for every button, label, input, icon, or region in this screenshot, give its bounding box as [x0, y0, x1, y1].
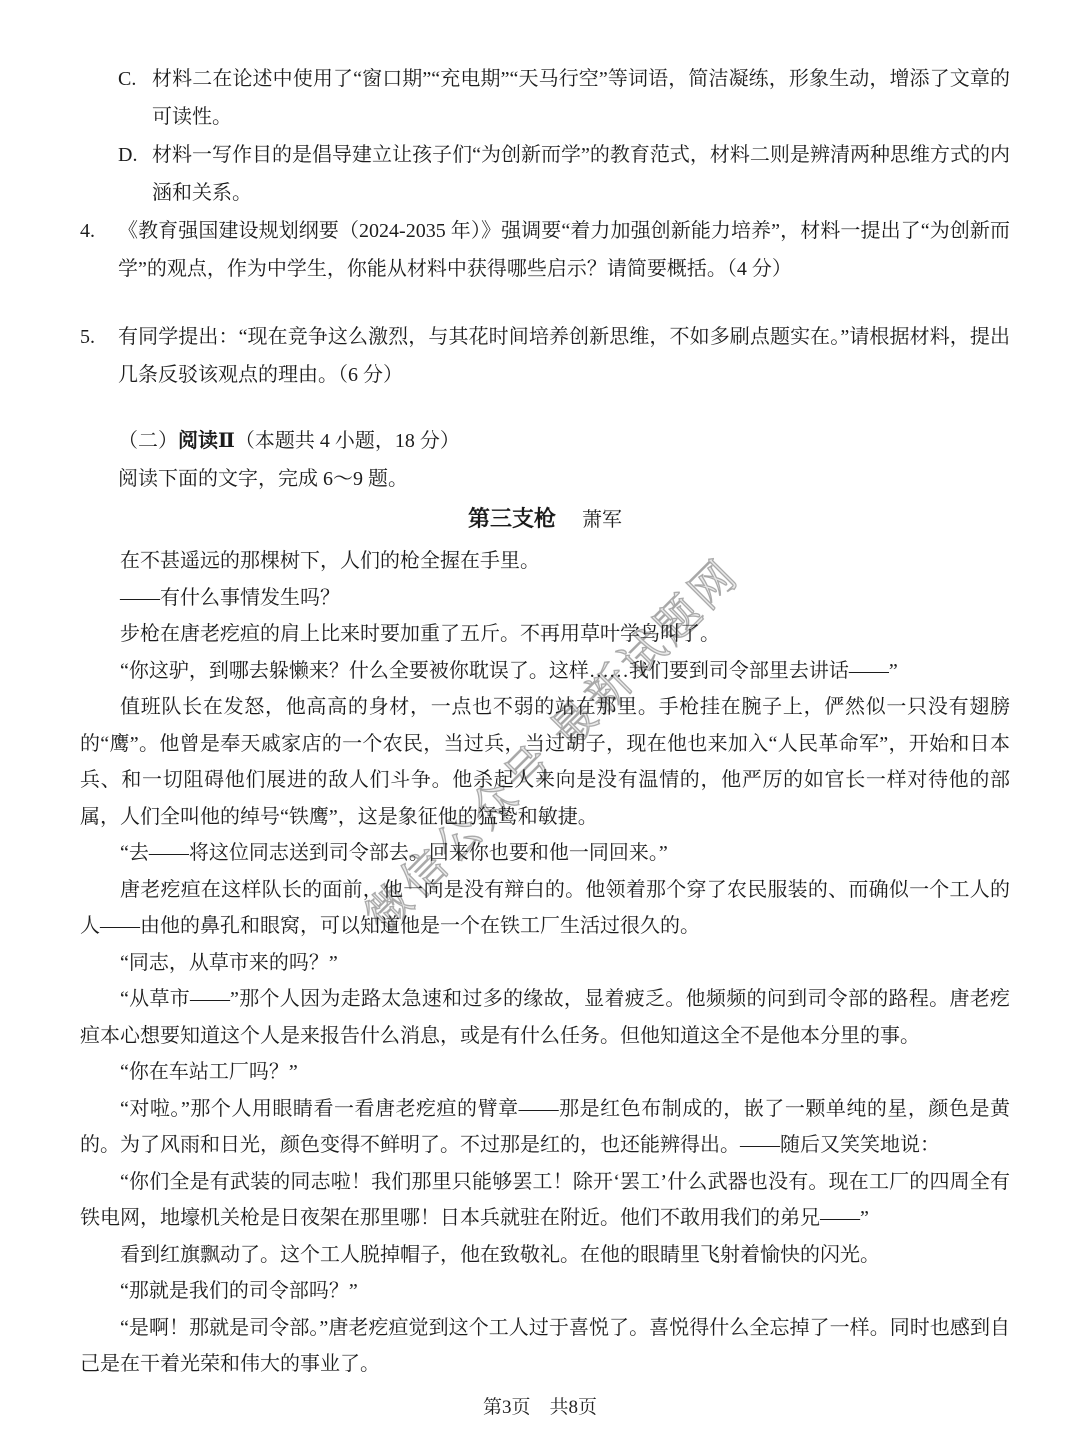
- page-footer: 第3页 共8页: [0, 1392, 1080, 1419]
- passage-paragraph: “你们全是有武装的同志啦！我们那里只能够罢工！除开‘罢工’什么武器也没有。现在工…: [80, 1164, 1010, 1237]
- section-heading: （二）阅读Ⅱ（本题共 4 小题，18 分）: [80, 422, 1010, 460]
- option-d: D. 材料一写作目的是倡导建立让孩子们“为创新而学”的教育范式，材料二则是辨清两…: [118, 136, 1010, 212]
- question-number: 5.: [80, 318, 118, 394]
- option-text: 材料二在论述中使用了“窗口期”“充电期”“天马行空”等词语，简洁凝练，形象生动，…: [152, 60, 1010, 136]
- passage-paragraph: 步枪在唐老疙疸的肩上比来时要加重了五斤。不再用草叶学鸟叫了。: [80, 616, 1010, 653]
- question-4: 4. 《教育强国建设规划纲要（2024-2035 年）》强调要“着力加强创新能力…: [80, 212, 1010, 288]
- passage-paragraph: 值班队长在发怒，他高高的身材，一点也不弱的站在那里。手枪挂在腕子上，俨然似一只没…: [80, 689, 1010, 835]
- option-c: C. 材料二在论述中使用了“窗口期”“充电期”“天马行空”等词语，简洁凝练，形象…: [118, 60, 1010, 136]
- question-text: 《教育强国建设规划纲要（2024-2035 年）》强调要“着力加强创新能力培养”…: [118, 212, 1010, 288]
- option-label: C.: [118, 60, 152, 136]
- passage-paragraph: “是啊！那就是司令部。”唐老疙疸觉到这个工人过于喜悦了。喜悦得什么全忘掉了一样。…: [80, 1310, 1010, 1383]
- section-title: 阅读Ⅱ: [178, 430, 235, 452]
- exam-page: 微信公众号 最新试题网 C. 材料二在论述中使用了“窗口期”“充电期”“天马行空…: [0, 0, 1080, 1445]
- passage-paragraph: ——有什么事情发生吗？: [80, 580, 1010, 617]
- question-text: 有同学提出：“现在竞争这么激烈，与其花时间培养创新思维，不如多刷点题实在。”请根…: [118, 318, 1010, 394]
- passage-author: 萧军: [582, 509, 622, 531]
- option-text: 材料一写作目的是倡导建立让孩子们“为创新而学”的教育范式，材料二则是辨清两种思维…: [152, 136, 1010, 212]
- passage-paragraph: “你在车站工厂吗？”: [80, 1054, 1010, 1091]
- page-content: C. 材料二在论述中使用了“窗口期”“充电期”“天马行空”等词语，简洁凝练，形象…: [80, 60, 1010, 1383]
- passage-paragraph: “从草市——”那个人因为走路太急速和过多的缘故，显着疲乏。他频频的问到司令部的路…: [80, 981, 1010, 1054]
- passage-paragraph: “对啦。”那个人用眼睛看一看唐老疙疸的臂章——那是红色布制成的，嵌了一颗单纯的星…: [80, 1091, 1010, 1164]
- question-5: 5. 有同学提出：“现在竞争这么激烈，与其花时间培养创新思维，不如多刷点题实在。…: [80, 318, 1010, 394]
- passage-paragraph: “去——将这位同志送到司令部去。回来你也要和他一同回来。”: [80, 835, 1010, 872]
- section-meta: （本题共 4 小题，18 分）: [235, 430, 460, 452]
- passage-paragraph: “你这驴，到哪去躲懒来？什么全要被你耽误了。这样……我们要到司令部里去讲话——”: [80, 653, 1010, 690]
- page-number: 第3页 共8页: [483, 1397, 597, 1418]
- option-label: D.: [118, 136, 152, 212]
- passage-paragraph: “同志，从草市来的吗？”: [80, 945, 1010, 982]
- section-prefix: （二）: [118, 430, 178, 452]
- section-instruction: 阅读下面的文字，完成 6～9 题。: [80, 460, 1010, 498]
- passage-paragraph: “那就是我们的司令部吗？”: [80, 1273, 1010, 1310]
- passage-paragraph: 唐老疙疸在这样队长的面前，他一向是没有辩白的。他领着那个穿了农民服装的、而确似一…: [80, 872, 1010, 945]
- question-number: 4.: [80, 212, 118, 288]
- passage-paragraph: 看到红旗飘动了。这个工人脱掉帽子，他在致敬礼。在他的眼睛里飞射着愉快的闪光。: [80, 1237, 1010, 1274]
- passage-body: 在不甚遥远的那棵树下，人们的枪全握在手里。 ——有什么事情发生吗？ 步枪在唐老疙…: [80, 543, 1010, 1383]
- passage-title: 第三支枪: [468, 506, 556, 531]
- passage-title-line: 第三支枪萧军: [80, 499, 1010, 540]
- passage-paragraph: 在不甚遥远的那棵树下，人们的枪全握在手里。: [80, 543, 1010, 580]
